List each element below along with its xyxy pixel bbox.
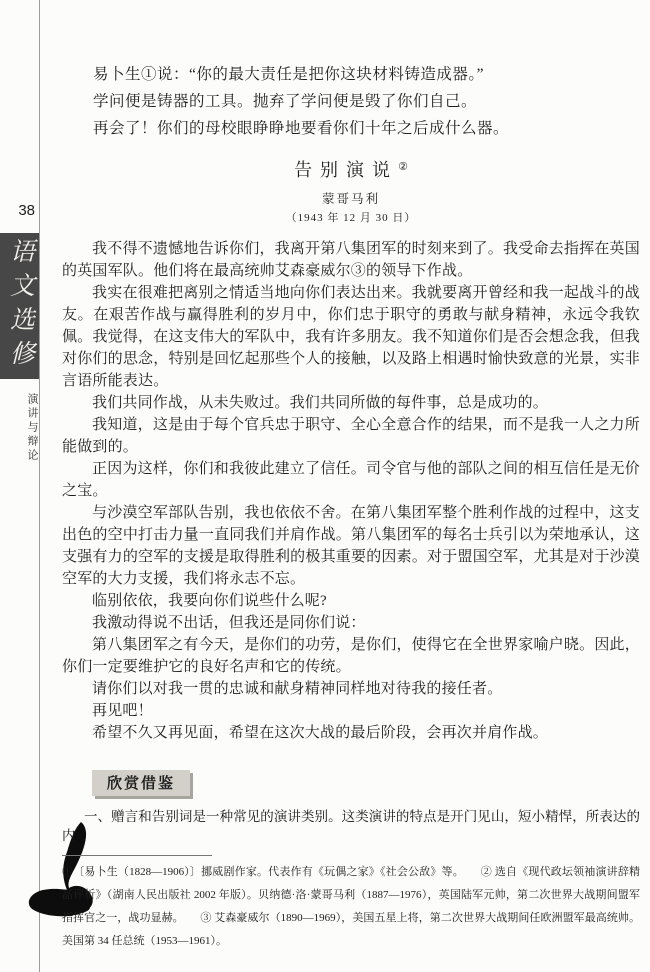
speech-paragraph: 我知道，这是由于每个官兵忠于职守、全心全意合作的结果，而不是我一人之力所能做到的… <box>62 414 640 458</box>
textbook-page: 38 语文选修 演讲与辩论 易卜生①说：“你的最大责任是把你这块材料铸造成器。”… <box>0 0 650 972</box>
speech-paragraph: 第八集团军之有今天，是你们的功劳，是你们，使得它在全世界家喻户晓。因此，你们一定… <box>62 634 640 678</box>
series-banner: 语文选修 <box>0 233 39 379</box>
speech-paragraph: 临别依依，我要向你们说些什么呢? <box>62 590 640 612</box>
intro-quote-block: 易卜生①说：“你的最大责任是把你这块材料铸造成器。”学问便是铸器的工具。抛弃了学… <box>62 0 640 142</box>
speech-title-footnote-ref: ② <box>398 161 408 173</box>
speech-title-text: 告别演说 <box>294 160 398 180</box>
speech-author: 蒙哥马利 <box>62 189 640 207</box>
appreciation-header-box: 欣赏借鉴 <box>92 770 190 796</box>
speech-paragraph: 再见吧！ <box>62 700 640 722</box>
footnotes-text: ①〔易卜生（1828—1906）〕挪威剧作家。代表作有《玩偶之家》《社会公敌》等… <box>62 861 640 953</box>
series-banner-label: 语文选修 <box>2 238 38 374</box>
intro-quote-line: 学问便是铸器的工具。抛弃了学问便是毁了你们自己。 <box>62 88 640 115</box>
footnote-divider <box>62 855 212 856</box>
intro-quote-line: 易卜生①说：“你的最大责任是把你这块材料铸造成器。” <box>62 61 640 88</box>
intro-quote-line: 再会了！你们的母校眼睁睁地要看你们十年之后成什么器。 <box>62 115 640 142</box>
speech-paragraph: 与沙漠空军部队告别，我也依依不舍。在第八集团军整个胜利作战的过程中，这支出色的空… <box>62 502 640 590</box>
speech-title: 告别演说② <box>62 156 640 182</box>
speech-paragraph: 我们共同作战，从未失败过。我们共同所做的每件事，总是成功的。 <box>62 392 640 414</box>
appreciation-header-label: 欣赏借鉴 <box>107 776 175 792</box>
speech-paragraph: 正因为这样，你们和我彼此建立了信任。司令官与他的部队之间的相互信任是无价之宝。 <box>62 458 640 502</box>
appreciation-section: 欣赏借鉴 一、赠言和告别词是一种常见的演讲类别。这类演讲的特点是开门见山，短小精… <box>62 744 640 845</box>
speech-paragraph: 请你们以对我一贯的忠诚和献身精神同样地对待我的接任者。 <box>62 678 640 700</box>
series-subtitle-label: 演讲与辩论 <box>0 393 40 463</box>
main-content: 易卜生①说：“你的最大责任是把你这块材料铸造成器。”学问便是铸器的工具。抛弃了学… <box>62 0 640 953</box>
speech-paragraph: 我实在很难把离别之情适当地向你们表达出来。我就要离开曾经和我一起战斗的战友。在艰… <box>62 282 640 392</box>
series-subtitle: 演讲与辩论 <box>0 393 40 463</box>
speech-date: （1943 年 12 月 30 日） <box>62 209 640 225</box>
speech-heading-block: 告别演说② 蒙哥马利 （1943 年 12 月 30 日） <box>62 156 640 225</box>
speech-body: 我不得不遗憾地告诉你们，我离开第八集团军的时刻来到了。我受命去指挥在英国的英国军… <box>62 238 640 744</box>
speech-paragraph: 我激动得说不出话，但我还是同你们说： <box>62 612 640 634</box>
appreciation-first-line: 一、赠言和告别词是一种常见的演讲类别。这类演讲的特点是开门见山，短小精悍，所表达… <box>62 807 640 845</box>
page-number: 38 <box>0 202 35 219</box>
speech-paragraph: 我不得不遗憾地告诉你们，我离开第八集团军的时刻来到了。我受命去指挥在英国的英国军… <box>62 238 640 282</box>
speech-paragraph: 希望不久又再见面，希望在这次大战的最后阶段，会再次并肩作战。 <box>62 722 640 744</box>
